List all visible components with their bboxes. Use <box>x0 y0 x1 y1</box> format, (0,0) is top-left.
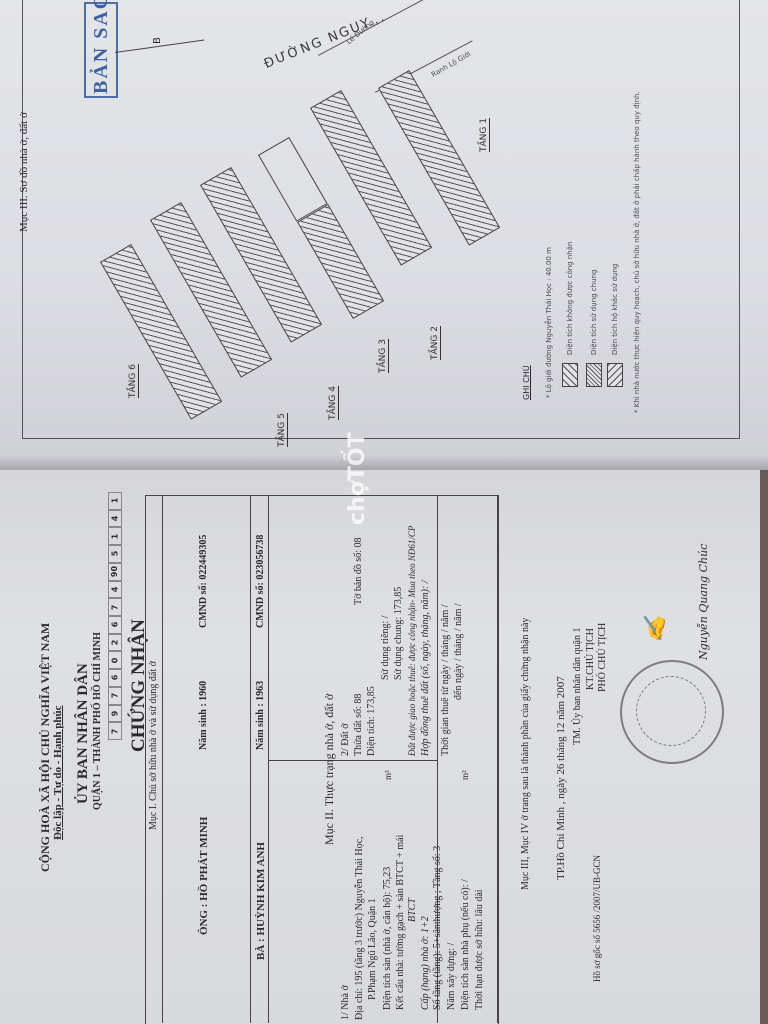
house-grade: Cấp (hạng) nhà ở: 1+2 <box>420 916 431 1010</box>
house-aux-area-unit: m² <box>460 770 470 780</box>
floor-label-3: TẦNG 3 <box>378 339 389 373</box>
house-address: Địa chỉ: 195 (tầng 3 trước) Nguyễn Thái … <box>354 836 365 1020</box>
land-lease-contract: Hợp đồng thuê đất (số, ngày, tháng, năm)… <box>420 580 431 756</box>
house-floor-area-unit: m² <box>383 770 393 780</box>
official-seal <box>620 660 724 764</box>
divider <box>250 495 251 1023</box>
owner-2-id: CMND số: 023056738 <box>255 535 266 628</box>
document-photo: Mục III. Sơ đồ nhà ở, đất ở BẢN SAO B ĐƯ… <box>0 0 768 1024</box>
owner-1-id: CMND số: 022449305 <box>198 535 209 628</box>
house-aux-area: Diện tích sàn nhà phụ (nếu có): / <box>460 879 471 1010</box>
national-motto: Độc lập - Tự do - Hạnh phúc <box>52 706 64 840</box>
serial-digit: 7 <box>108 687 122 705</box>
divider <box>497 495 498 1023</box>
serial-digit: 7 <box>108 722 122 740</box>
land-lease-from: Thời gian thuê từ ngày / tháng / năm / <box>440 604 451 756</box>
legend-swatch-other <box>607 363 623 387</box>
serial-digit: 4 <box>108 510 122 528</box>
house-address-ward: P.Phạm Ngũ Lão, Quận 1 <box>367 898 378 1000</box>
land-map-sheet: Tờ bản đồ số: 08 <box>353 537 364 605</box>
serial-digit: 5 <box>108 545 122 563</box>
issuer-name: ỦY BAN NHÂN DÂN <box>75 663 92 804</box>
signature: ✍ <box>640 613 669 644</box>
legend-item-unrecognized: Diện tích không được công nhận <box>566 242 574 355</box>
section-1-title: Mục I. Chủ sở hữu nhà ở và sử dụng đất ở <box>148 661 159 830</box>
serial-digit: 6 <box>108 669 122 687</box>
house-year-built: Năm xây dựng: / <box>446 943 457 1010</box>
legend-footnote: * Khi nhà nước thực hiện quy hoạch, chủ … <box>633 91 641 413</box>
issue-date: TP.Hồ Chí Minh , ngày 26 tháng 12 năm 20… <box>555 676 567 880</box>
signer-org: TM. Ủy ban nhân dân quận 1 <box>572 628 583 745</box>
marker-label: B <box>152 37 163 44</box>
legend-swatch-unrecognized <box>562 363 578 387</box>
floor-label-6: TẦNG 6 <box>128 364 139 398</box>
national-title: CỘNG HOÀ XÃ HỘI CHỦ NGHĨA VIỆT NAM <box>38 623 53 872</box>
issuer-district: QUẬN 1 – THÀNH PHỐ HỒ CHÍ MINH <box>92 632 103 810</box>
signer-name: Nguyễn Quang Chúc <box>697 544 710 660</box>
house-structure-cont: BTCT <box>407 898 418 922</box>
serial-digit: 9 <box>108 705 122 723</box>
serial-digit: 6 <box>108 616 122 634</box>
house-floor-area: Diện tích sàn (nhà ở, căn hộ): 75,23 <box>382 867 393 1010</box>
divider <box>268 760 438 761</box>
owner-1-birth: Năm sinh : 1960 <box>198 681 209 750</box>
serial-digit: 2 <box>108 634 122 652</box>
land-heading: 2/ Đất ở <box>340 723 351 756</box>
divider <box>162 495 163 1023</box>
legend-swatch-shared <box>586 363 602 387</box>
floor-label-5: TẦNG 5 <box>277 413 288 447</box>
copy-stamp-text: BẢN SAO <box>90 0 113 94</box>
legend-item-other: Diện tích hộ khác sử dụng <box>611 264 619 355</box>
owner-2-name: BÀ : HUỲNH KIM ANH <box>255 842 267 960</box>
house-heading: 1/ Nhà ở <box>340 985 351 1020</box>
sketch-section-title: Mục III. Sơ đồ nhà ở, đất ở <box>18 112 30 232</box>
house-structure: Kết cấu nhà: tường gạch + sàn BTCT + mái <box>395 835 406 1010</box>
legend-title: GHI CHÚ <box>522 365 531 400</box>
floor-label-2: TẦNG 2 <box>430 326 441 360</box>
section-3-note: Mục III, Mục IV ở trang sau là thành phầ… <box>520 618 531 890</box>
serial-digit: 7 <box>108 598 122 616</box>
owner-2-birth: Năm sinh : 1963 <box>255 681 266 750</box>
serial-digit: 0 <box>108 651 122 669</box>
land-allocation: Đất được giao hoặc thuê: được công nhận-… <box>407 526 417 756</box>
divider <box>268 495 269 1023</box>
serial-digit: 1 <box>108 492 122 510</box>
section-2-title: Mục II. Thực trạng nhà ở, đất ở <box>322 694 337 845</box>
land-private-use: Sử dụng riêng: / <box>380 615 391 680</box>
floor-label-1: TẦNG 1 <box>479 118 490 152</box>
copy-stamp: BẢN SAO <box>84 2 118 98</box>
land-area: Diện tích: 173,85 <box>366 686 377 756</box>
legend-road-width: * Lộ giới đường Nguyễn Thái Học : 40.00 … <box>545 247 553 398</box>
watermark: chợTỐT <box>345 432 370 525</box>
serial-digit: 1 <box>108 527 122 545</box>
record-number: Hồ sơ gốc số 5656 /2007/UB-GCN <box>592 855 602 982</box>
legend-item-shared: Diện tích sử dụng chung <box>590 270 598 355</box>
sketch-page: Mục III. Sơ đồ nhà ở, đất ở BẢN SAO B ĐƯ… <box>0 0 768 470</box>
serial-digit: 90 <box>108 563 122 581</box>
house-ownership-term: Thời hạn được sở hữu: lâu dài <box>474 889 485 1010</box>
serial-digit: 4 <box>108 581 122 599</box>
owner-1-name: ÔNG : HỒ PHÁT MINH <box>198 817 210 935</box>
seal-star-icon <box>636 676 706 746</box>
serial-number: 797602674905141 <box>108 492 122 740</box>
land-lease-to: đến ngày / tháng / năm / <box>453 603 464 700</box>
house-floors: Số tầng (tầng): 5+sânthượng ; Tầng số: 3 <box>432 846 443 1010</box>
land-parcel: Thửa đất số: 88 <box>353 694 364 756</box>
floor-label-4: TẦNG 4 <box>328 386 339 420</box>
signer-role-2: PHÓ CHỦ TỊCH <box>597 623 608 692</box>
land-shared-use: Sử dụng chung: 173,85 <box>393 587 404 680</box>
signer-role-1: KT.CHỦ TỊCH <box>585 628 596 690</box>
